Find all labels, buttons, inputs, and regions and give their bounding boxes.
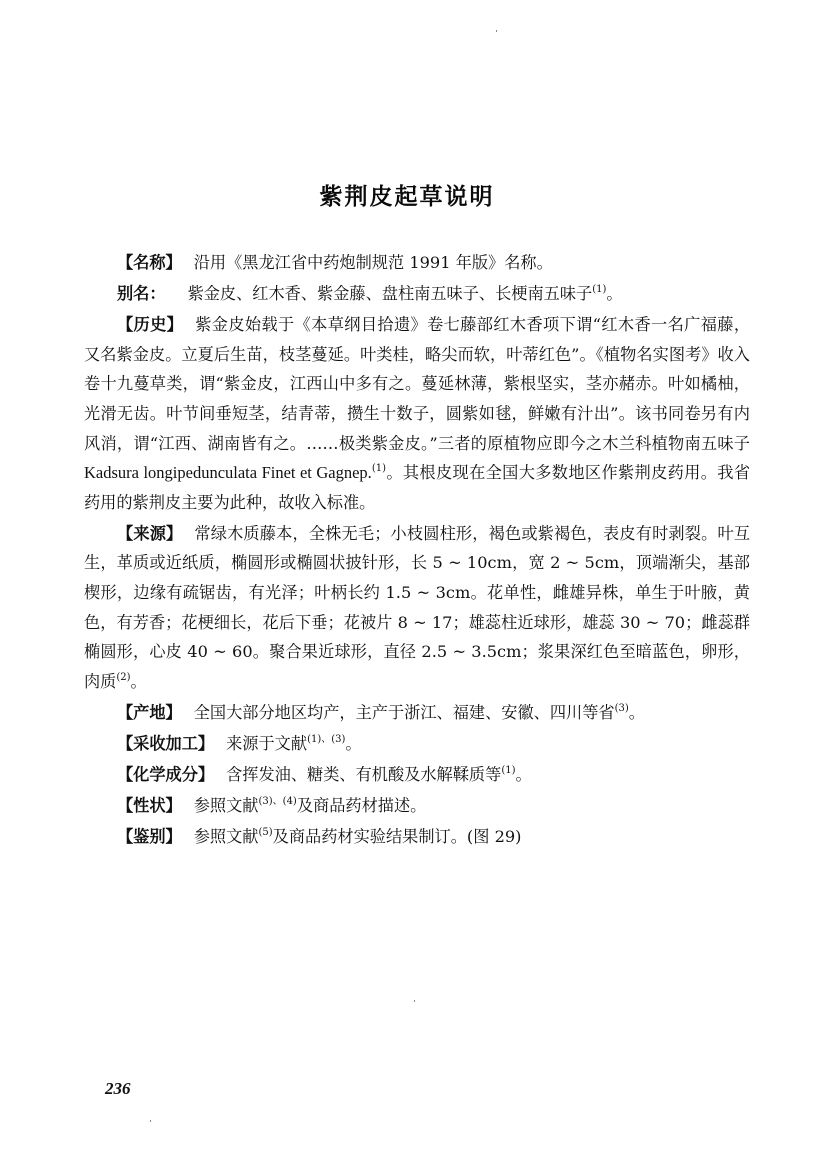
- section-processing: 【采收加工】来源于文献(1)、(3)。: [84, 729, 750, 759]
- section-characters: 【性状】参照文献(3)、(4)及商品药材描述。: [84, 791, 750, 821]
- punctuation: 。: [131, 672, 147, 691]
- section-label: 【采收加工】: [117, 734, 214, 753]
- section-text: 常绿木质藤本，全株无毛；小枝圆柱形，褐色或紫褐色，表皮有时剥裂。叶互生，革质或近…: [84, 524, 750, 691]
- section-label: 【来源】: [117, 524, 182, 543]
- citation-ref: (2): [116, 672, 130, 683]
- section-label: 【鉴别】: [117, 827, 182, 846]
- scan-speck: [150, 1120, 151, 1122]
- section-chemistry: 【化学成分】含挥发油、糖类、有机酸及水解鞣质等(1)。: [84, 760, 750, 790]
- latin-binomial: Kadsura longipedunculata Finet et Gagnep…: [84, 463, 372, 482]
- citation-ref: (3)、(4): [259, 796, 297, 807]
- document-body: 【名称】沿用《黑龙江省中药炮制规范 1991 年版》名称。 别名：紫金皮、红木香…: [84, 248, 750, 853]
- scan-speck: [414, 1000, 415, 1002]
- citation-ref: (1)、(3): [307, 734, 345, 745]
- section-text: 沿用《黑龙江省中药炮制规范 1991 年版》名称。: [194, 253, 553, 272]
- page-title: 紫荆皮起草说明: [0, 178, 814, 211]
- section-label: 别名：: [117, 284, 166, 303]
- section-origin: 【产地】全国大部分地区均产，主产于浙江、福建、安徽、四川等省(3)。: [84, 698, 750, 728]
- section-text: 参照文献: [194, 796, 259, 815]
- section-text: 全国大部分地区均产，主产于浙江、福建、安徽、四川等省: [194, 703, 615, 722]
- section-label: 【名称】: [117, 253, 182, 272]
- section-label: 【性状】: [117, 796, 182, 815]
- page-number: 236: [105, 1079, 131, 1099]
- section-text-cont: 及商品药材描述。: [297, 796, 427, 815]
- section-history: 【历史】紫金皮始载于《本草纲目拾遗》卷七藤部红木香项下谓“红木香一名广福藤，又名…: [84, 310, 750, 517]
- section-text: 来源于文献: [226, 734, 307, 753]
- citation-ref: (1): [501, 765, 515, 776]
- section-text: 紫金皮始载于《本草纲目拾遗》卷七藤部红木香项下谓“红木香一名广福藤，又名紫金皮。…: [84, 315, 750, 452]
- scan-speck: [496, 30, 497, 32]
- section-label: 【历史】: [117, 315, 183, 334]
- punctuation: 。: [345, 734, 361, 753]
- section-text: 参照文献: [194, 827, 259, 846]
- punctuation: 。: [606, 284, 622, 303]
- section-text: 紫金皮、红木香、紫金藤、盘柱南五味子、长梗南五味子: [188, 284, 593, 303]
- section-identification: 【鉴别】参照文献(5)及商品药材实验结果制订。(图 29): [84, 822, 750, 852]
- section-label: 【化学成分】: [117, 765, 214, 784]
- punctuation: 。: [629, 703, 645, 722]
- section-label: 【产地】: [117, 703, 182, 722]
- citation-ref: (5): [259, 827, 273, 838]
- section-text-cont: 及商品药材实验结果制订。(图 29): [273, 827, 522, 846]
- citation-ref: (3): [615, 703, 629, 714]
- section-name: 【名称】沿用《黑龙江省中药炮制规范 1991 年版》名称。: [84, 248, 750, 278]
- section-source: 【来源】常绿木质藤本，全株无毛；小枝圆柱形，褐色或紫褐色，表皮有时剥裂。叶互生，…: [84, 519, 750, 697]
- section-text: 含挥发油、糖类、有机酸及水解鞣质等: [226, 765, 501, 784]
- section-alias: 别名：紫金皮、红木香、紫金藤、盘柱南五味子、长梗南五味子(1)。: [84, 279, 750, 309]
- citation-ref: (1): [592, 284, 606, 295]
- citation-ref: (1): [372, 463, 386, 474]
- punctuation: 。: [515, 765, 531, 784]
